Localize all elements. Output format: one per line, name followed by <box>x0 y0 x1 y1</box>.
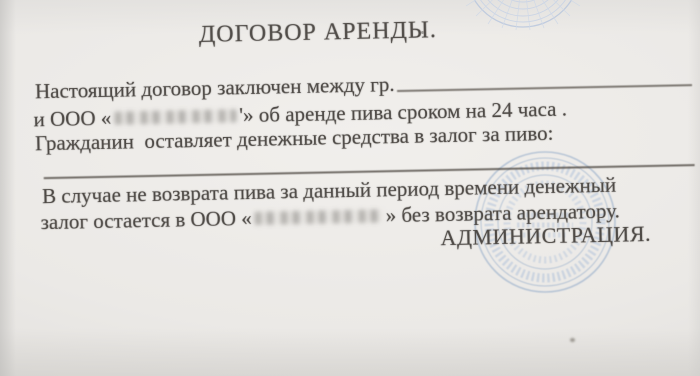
paper-sheet: ДОГОВОР АРЕНДЫ. Настоящий договор заключ… <box>0 0 700 376</box>
document-title: ДОГОВОР АРЕНДЫ. <box>0 12 697 53</box>
redacted-company-name <box>255 209 383 225</box>
fill-in-blank-line <box>397 84 692 92</box>
dust-speck <box>570 338 575 342</box>
redacted-company-name <box>114 109 236 124</box>
document-photo: ДОГОВОР АРЕНДЫ. Настоящий договор заключ… <box>0 0 700 376</box>
contract-line-parties: Настоящий договор заключен между гр. <box>35 65 692 104</box>
dust-speck <box>421 31 424 34</box>
